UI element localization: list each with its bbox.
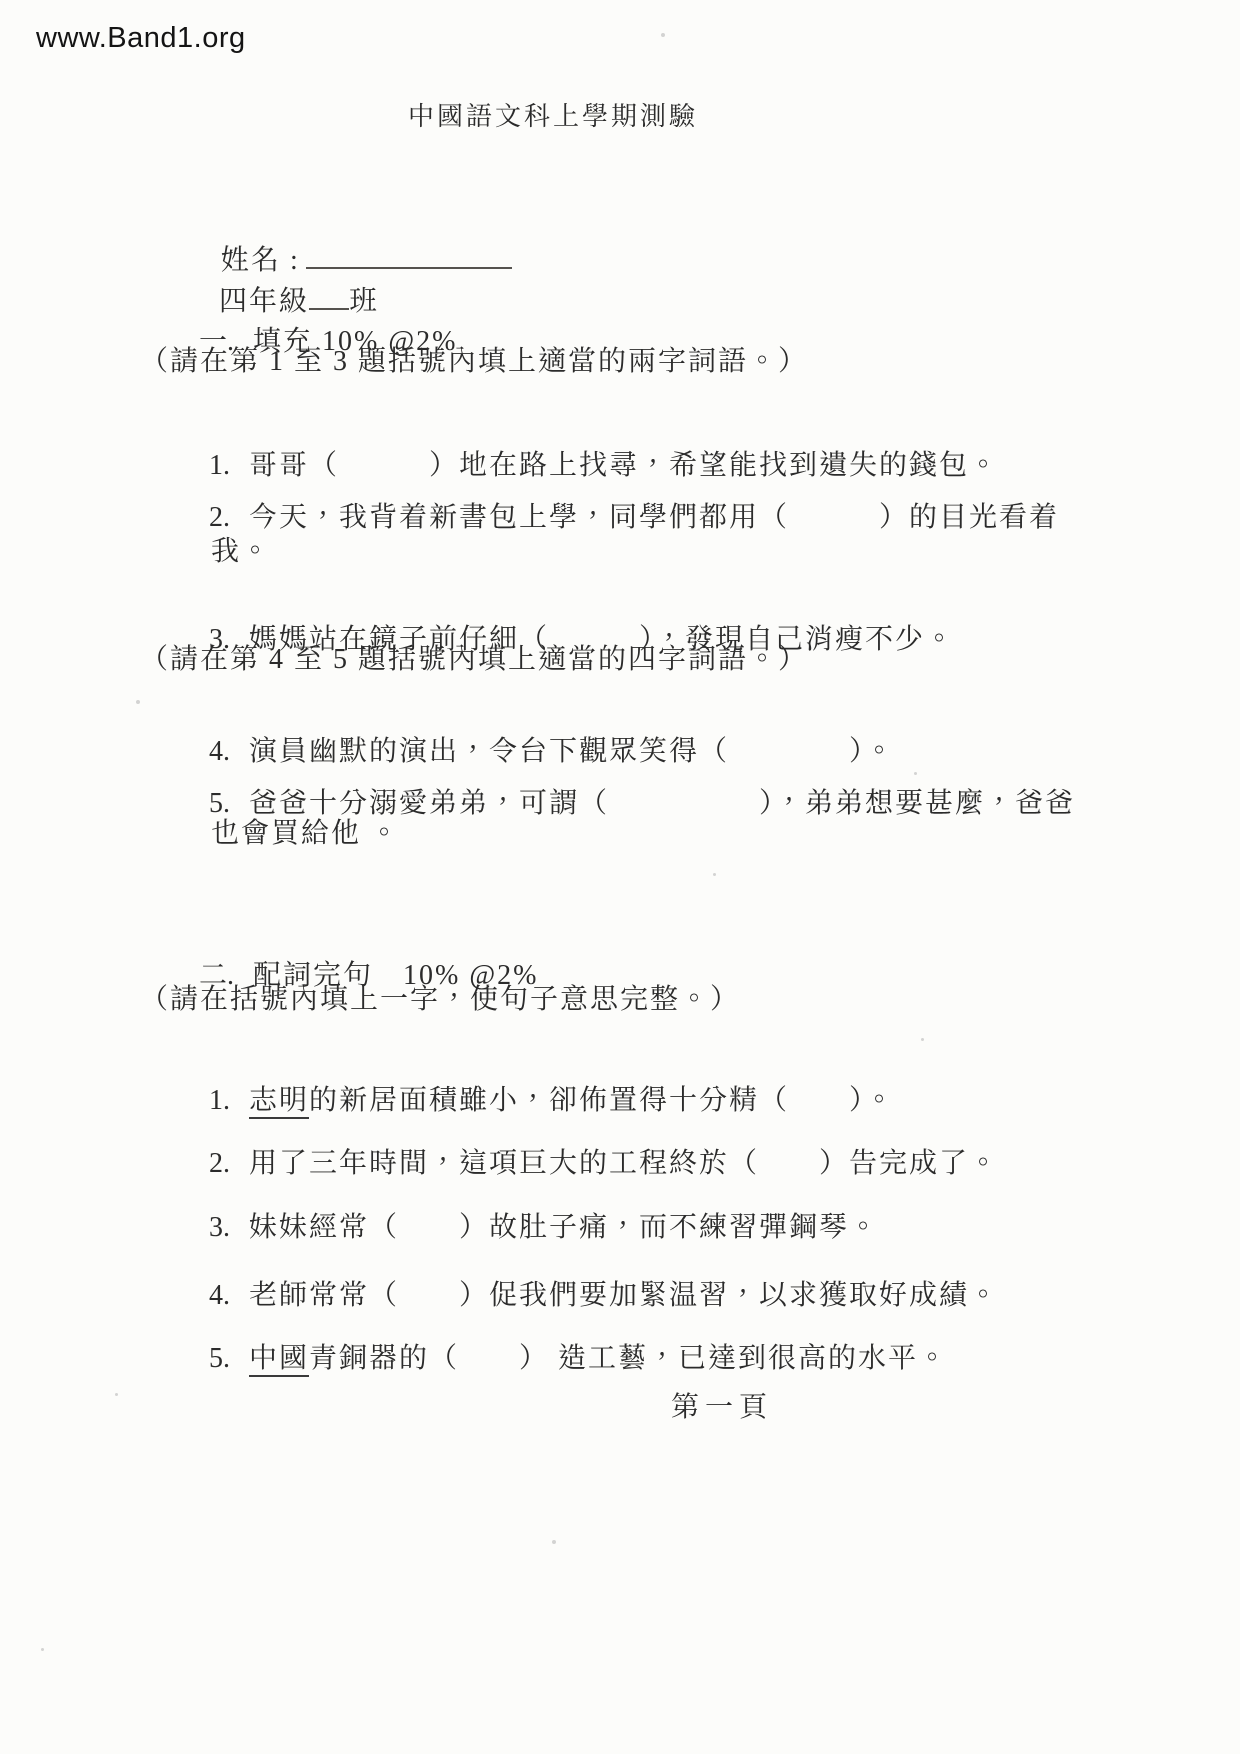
question-2-5-underlined-word: 中國 [249, 1343, 309, 1377]
page-number: 第一頁 [671, 1391, 773, 1425]
scan-speck [552, 1540, 556, 1544]
scan-speck [914, 772, 917, 775]
question-2-3-number: 3. [209, 1211, 249, 1245]
section-1-instruction-1: （請在第 1 至 3 題括號內填上適當的兩字詞語。） [140, 345, 808, 379]
scan-speck [136, 700, 140, 704]
question-2-1-text: 的新居面積雖小，卻佈置得十分精（ ）。 [309, 1085, 895, 1116]
section-2-instruction-1: （請在括號內填上一字，使句子意思完整。） [140, 983, 740, 1017]
scan-speck [661, 33, 665, 37]
question-1-2-text: 今天，我背着新書包上學，同學們都用（ ）的目光看着 [249, 502, 1059, 533]
scan-speck [115, 1393, 118, 1396]
question-1-5-continuation: 也會買給他 。 [211, 817, 400, 851]
scanned-test-paper: www.Band1.org 中國語文科上學期測驗 姓名 : 四年級班 一.填充 … [0, 0, 1240, 1754]
section-1-instruction-2: （請在第 4 至 5 題括號內填上適當的四字詞語。） [140, 643, 808, 677]
question-1-2-continuation: 我。 [211, 535, 271, 569]
question-2-3-text: 妹妹經常（ ）故肚子痛，而不練習彈鋼琴。 [249, 1212, 879, 1243]
question-2-5: 5.中國青銅器的（ ） 造工藝，已達到很高的水平。 [173, 1308, 948, 1410]
question-2-5-text: 青銅器的（ ） 造工藝，已達到很高的水平。 [309, 1343, 948, 1374]
question-1-2: 2.今天，我背着新書包上學，同學們都用（ ）的目光看着 [173, 467, 1059, 569]
question-2-4-text: 老師常常（ ）促我們要加緊温習，以求獲取好成績。 [249, 1280, 999, 1311]
question-2-2-text: 用了三年時間，這項巨大的工程終於（ ）告完成了。 [249, 1148, 999, 1179]
scan-speck [921, 1038, 924, 1041]
question-1-2-number: 2. [209, 501, 249, 535]
page-title: 中國語文科上學期測驗 [408, 96, 698, 133]
question-2-5-number: 5. [209, 1342, 249, 1376]
scan-speck [713, 873, 716, 876]
scan-speck [41, 1648, 44, 1651]
watermark: www.Band1.org [36, 22, 246, 55]
question-1-5-text: 爸爸十分溺愛弟弟，可謂（ ），弟弟想要甚麼，爸爸 [249, 788, 1075, 819]
